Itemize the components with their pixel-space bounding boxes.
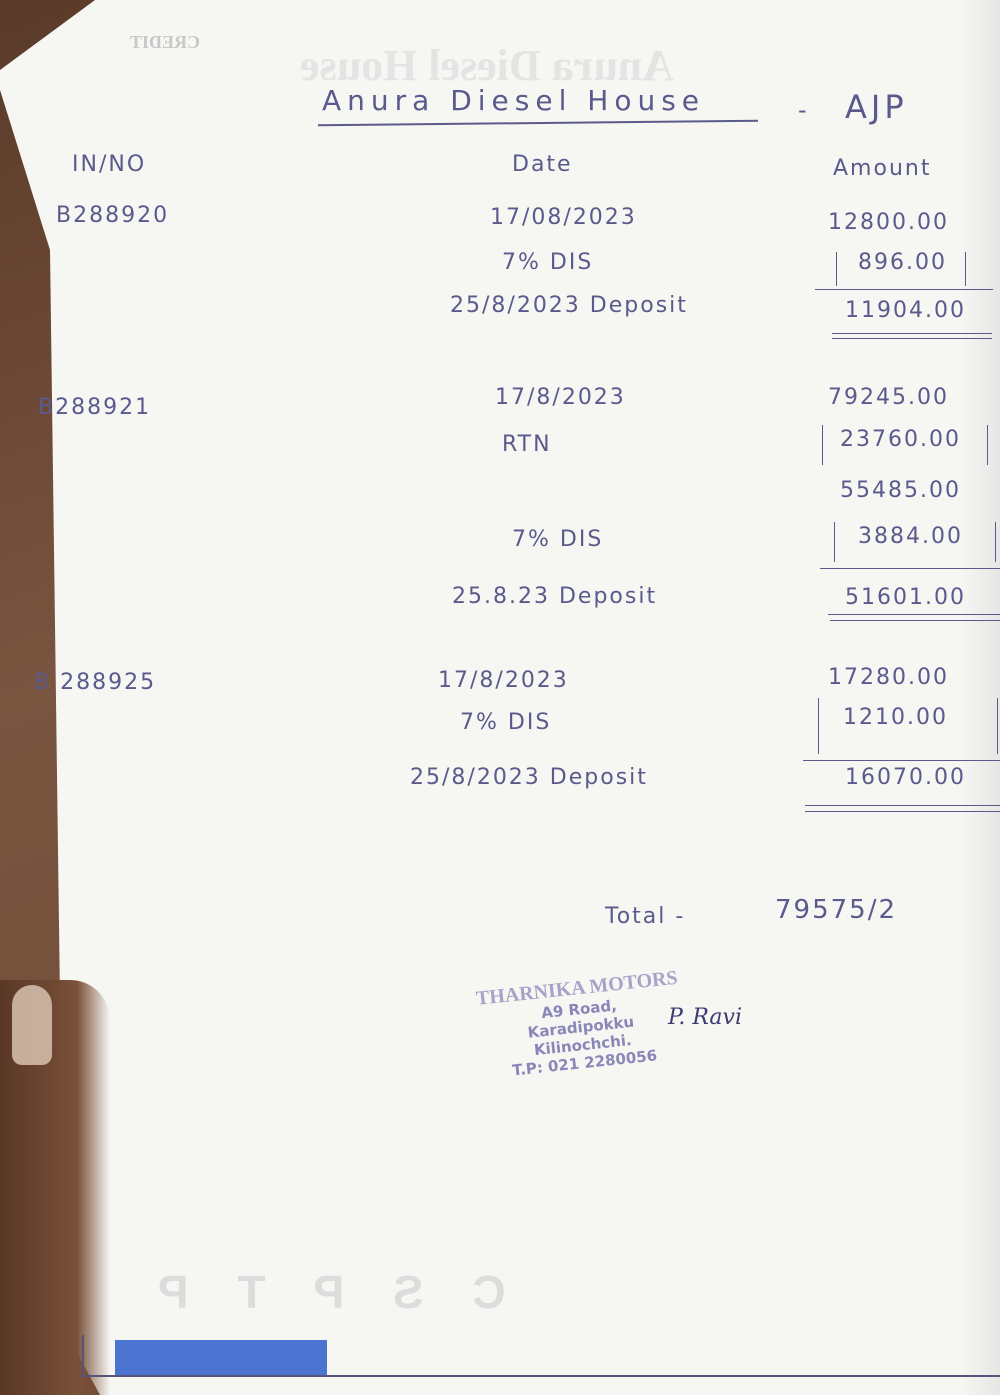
invoice-number: B 288925 [34,670,156,695]
total-double-line [805,805,1000,806]
entry-amount: 1210.00 [843,705,948,730]
subtotal-line [820,568,1000,569]
header-invoice: IN/NO [72,152,146,177]
entry-label: 17/8/2023 [495,385,626,410]
subtotal-line [803,760,1000,761]
entry-label: 25/8/2023 Deposit [410,765,648,790]
entry-label: 7% DIS [502,250,593,275]
entry-amount: 79245.00 [828,385,949,410]
entry-amount: 3884.00 [858,524,963,549]
entry-label: RTN [502,432,552,457]
entry-label: 25/8/2023 Deposit [450,293,688,318]
subtotal-line [815,289,993,290]
entry-label: 17/8/2023 [438,668,569,693]
total-double-line [828,614,1000,615]
entry-amount: 55485.00 [840,478,961,503]
ledger-title: Anura Diesel House [322,84,705,117]
entry-label: 7% DIS [460,710,551,735]
invoice-number: B288920 [56,203,169,228]
header-amount: Amount [833,156,931,181]
entry-amount: 896.00 [858,250,947,275]
thumbnail [12,985,52,1065]
bleed-through-credit: CREDIT [130,32,200,53]
invoice-number: B288921 [38,395,151,420]
grand-total-value: 79575/2 [775,895,897,925]
entry-amount: 51601.00 [845,585,966,610]
folder-bottom-edge [82,1375,1000,1377]
total-double-line [830,620,1000,621]
entry-label: 25.8.23 Deposit [452,584,657,609]
header-date: Date [512,152,573,177]
entry-label: 17/08/2023 [490,205,637,230]
folder-edge [82,1335,84,1377]
entry-label: 7% DIS [512,527,603,552]
entry-amount: 23760.00 [840,427,961,452]
entry-amount: 16070.00 [845,765,966,790]
entry-amount: 11904.00 [845,298,966,323]
title-dash: - [798,96,809,124]
total-double-line [832,333,992,334]
grand-total-label: Total - [605,904,685,929]
brand-logos-bleed: C S P T P [140,1265,506,1319]
blue-tab [115,1340,327,1375]
ledger-suffix: AJP [845,88,908,126]
entry-amount: 12800.00 [828,210,949,235]
entry-amount: 17280.00 [828,665,949,690]
signature: P. Ravi [668,1005,742,1030]
total-double-line [832,338,992,339]
total-double-line [805,811,1000,812]
